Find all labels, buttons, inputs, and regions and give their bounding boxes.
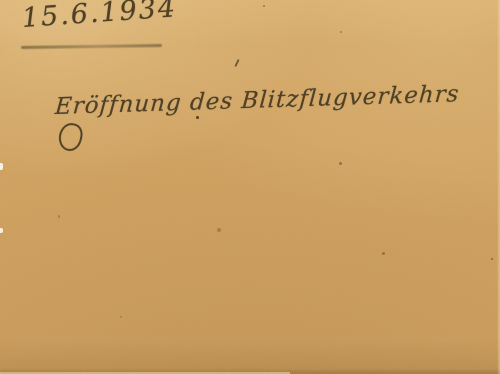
kurrent-descender-loop — [56, 121, 85, 154]
foxing-speck — [340, 31, 342, 33]
foxing-speck — [382, 252, 385, 255]
foxing-speck — [120, 316, 122, 318]
handwritten-date: 15.6.1934 — [21, 0, 178, 34]
handwritten-caption: Eröffnung des Blitzflugverkehrs — [54, 81, 460, 120]
archival-note-card: 15.6.1934 Eröffnung des Blitzflugverkehr… — [0, 0, 500, 374]
foxing-speck — [339, 162, 342, 165]
paper-grain-texture — [0, 0, 500, 374]
paper-lighting-vignette — [0, 0, 500, 374]
pencil-dot — [196, 116, 199, 119]
foxing-speck — [217, 228, 221, 232]
foxing-speck — [491, 258, 493, 260]
foxing-speck — [58, 215, 60, 218]
left-edge-fleck — [0, 163, 3, 170]
stray-pencil-mark — [234, 59, 239, 67]
left-edge-fleck — [0, 228, 3, 233]
foxing-speck — [263, 5, 265, 7]
date-underline — [21, 44, 162, 49]
